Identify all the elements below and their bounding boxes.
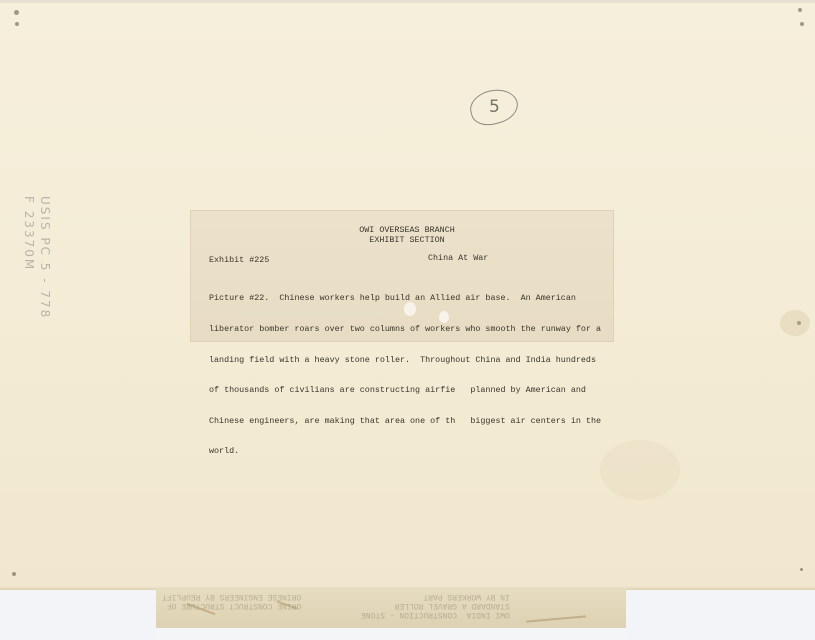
paper-spot [12, 572, 16, 576]
pencil-margin-note: USIS PC 5 - 778 F 23370M [22, 196, 68, 356]
paper-spot [800, 22, 804, 26]
label-header-section: EXHIBIT SECTION [190, 235, 614, 245]
caption-line: landing field with a heavy stone roller.… [209, 355, 609, 365]
photo-verso-paper: 5 USIS PC 5 - 778 F 23370M OWI OVERSEAS … [0, 0, 815, 590]
label-header-branch: OWI OVERSEAS BRANCH [190, 225, 614, 235]
scan-background [0, 590, 156, 640]
paper-spot [14, 10, 19, 15]
attached-caption-strip: ORINE CONSTRUCT STRUCTURE OF ORINESE ENG… [156, 588, 626, 628]
margin-note-line-2: F 23370M [22, 196, 36, 271]
paper-stain [600, 440, 680, 500]
label-hole [439, 311, 449, 323]
label-header: OWI OVERSEAS BRANCH EXHIBIT SECTION [190, 225, 614, 245]
bleed-through-text-right: OWI INDIA CONSTRUCTION - STONE STANDARD … [361, 592, 510, 619]
paper-spot [798, 8, 802, 12]
caption-line: liberator bomber roars over two columns … [209, 324, 609, 334]
paper-spot [800, 568, 803, 571]
margin-note-line-1: USIS PC 5 - 778 [38, 196, 52, 319]
paper-stain [780, 310, 810, 336]
handwritten-circled-number: 5 [467, 85, 522, 130]
caption-line: Chinese engineers, are making that area … [209, 416, 609, 426]
scanned-document: 5 USIS PC 5 - 778 F 23370M OWI OVERSEAS … [0, 0, 815, 640]
exhibit-number: Exhibit #225 [209, 255, 269, 265]
caption-line: of thousands of civilians are constructi… [209, 385, 609, 395]
series-title: China At War [428, 253, 488, 263]
label-hole [404, 302, 416, 316]
strip-stain [526, 615, 586, 622]
caption-label: OWI OVERSEAS BRANCH EXHIBIT SECTION Exhi… [190, 210, 614, 342]
scan-background [626, 592, 815, 640]
paper-spot [15, 22, 19, 26]
caption-line: world. [209, 446, 609, 456]
